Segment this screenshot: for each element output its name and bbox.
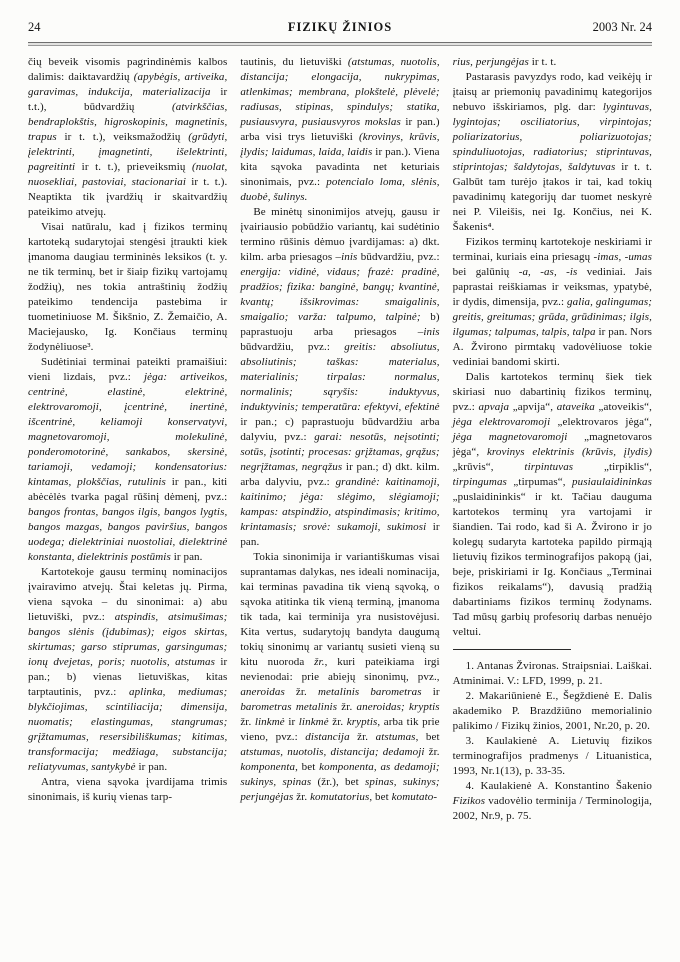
issue-label: 2003 Nr. 24	[572, 20, 652, 35]
body-paragraph: Be minėtų sinonimijos atvejų, gausu ir į…	[240, 205, 439, 550]
body-paragraph: rius, perjungėjas ir t. t.	[453, 55, 652, 70]
body-paragraph: Visai natūralu, kad į fizikos terminų ka…	[28, 220, 227, 355]
body-paragraph: Kartotekoje gausu terminų nominacijos įv…	[28, 565, 227, 775]
body-paragraph: Fizikos terminų kartotekoje neskiriami i…	[453, 235, 652, 370]
body-paragraph: čių beveik visomis pagrindinėmis kalbos …	[28, 55, 227, 220]
footnote: 3. Kaulakienė A. Lietuvių fizikos termin…	[453, 734, 652, 779]
footnote: 2. Makariūnienė E., Šegždienė E. Dalis a…	[453, 689, 652, 734]
column-1: čių beveik visomis pagrindinėmis kalbos …	[28, 55, 227, 805]
body-paragraph: Dalis kartotekos terminų šiek tiek skiri…	[453, 370, 652, 640]
footnote: 1. Antanas Žvironas. Straipsniai. Laiška…	[453, 659, 652, 689]
body-paragraph: Tokia sinonimija ir variantiškumas visai…	[240, 550, 439, 805]
page-number: 24	[28, 20, 108, 35]
journal-title: FIZIKŲ ŽINIOS	[108, 20, 572, 35]
body-paragraph: Antra, viena sąvoka įvardijama trimis si…	[28, 775, 227, 805]
page-header: 24 FIZIKŲ ŽINIOS 2003 Nr. 24	[0, 0, 680, 35]
body-paragraph: tautinis, du lietuviški (atstumas, nuoto…	[240, 55, 439, 205]
journal-page: 24 FIZIKŲ ŽINIOS 2003 Nr. 24 čių beveik …	[0, 0, 680, 962]
body-paragraph: Sudėtiniai terminai pateikti pramaišiui:…	[28, 355, 227, 565]
column-2: tautinis, du lietuviški (atstumas, nuoto…	[240, 55, 439, 805]
footnote: 4. Kaulakienė A. Konstantino Šakenio Fiz…	[453, 779, 652, 824]
column-3: rius, perjungėjas ir t. t.Pastarasis pav…	[453, 55, 652, 824]
text-columns: čių beveik visomis pagrindinėmis kalbos …	[0, 46, 680, 824]
body-paragraph: Pastarasis pavyzdys rodo, kad veikėjų ir…	[453, 70, 652, 235]
footnote-rule	[453, 649, 571, 650]
